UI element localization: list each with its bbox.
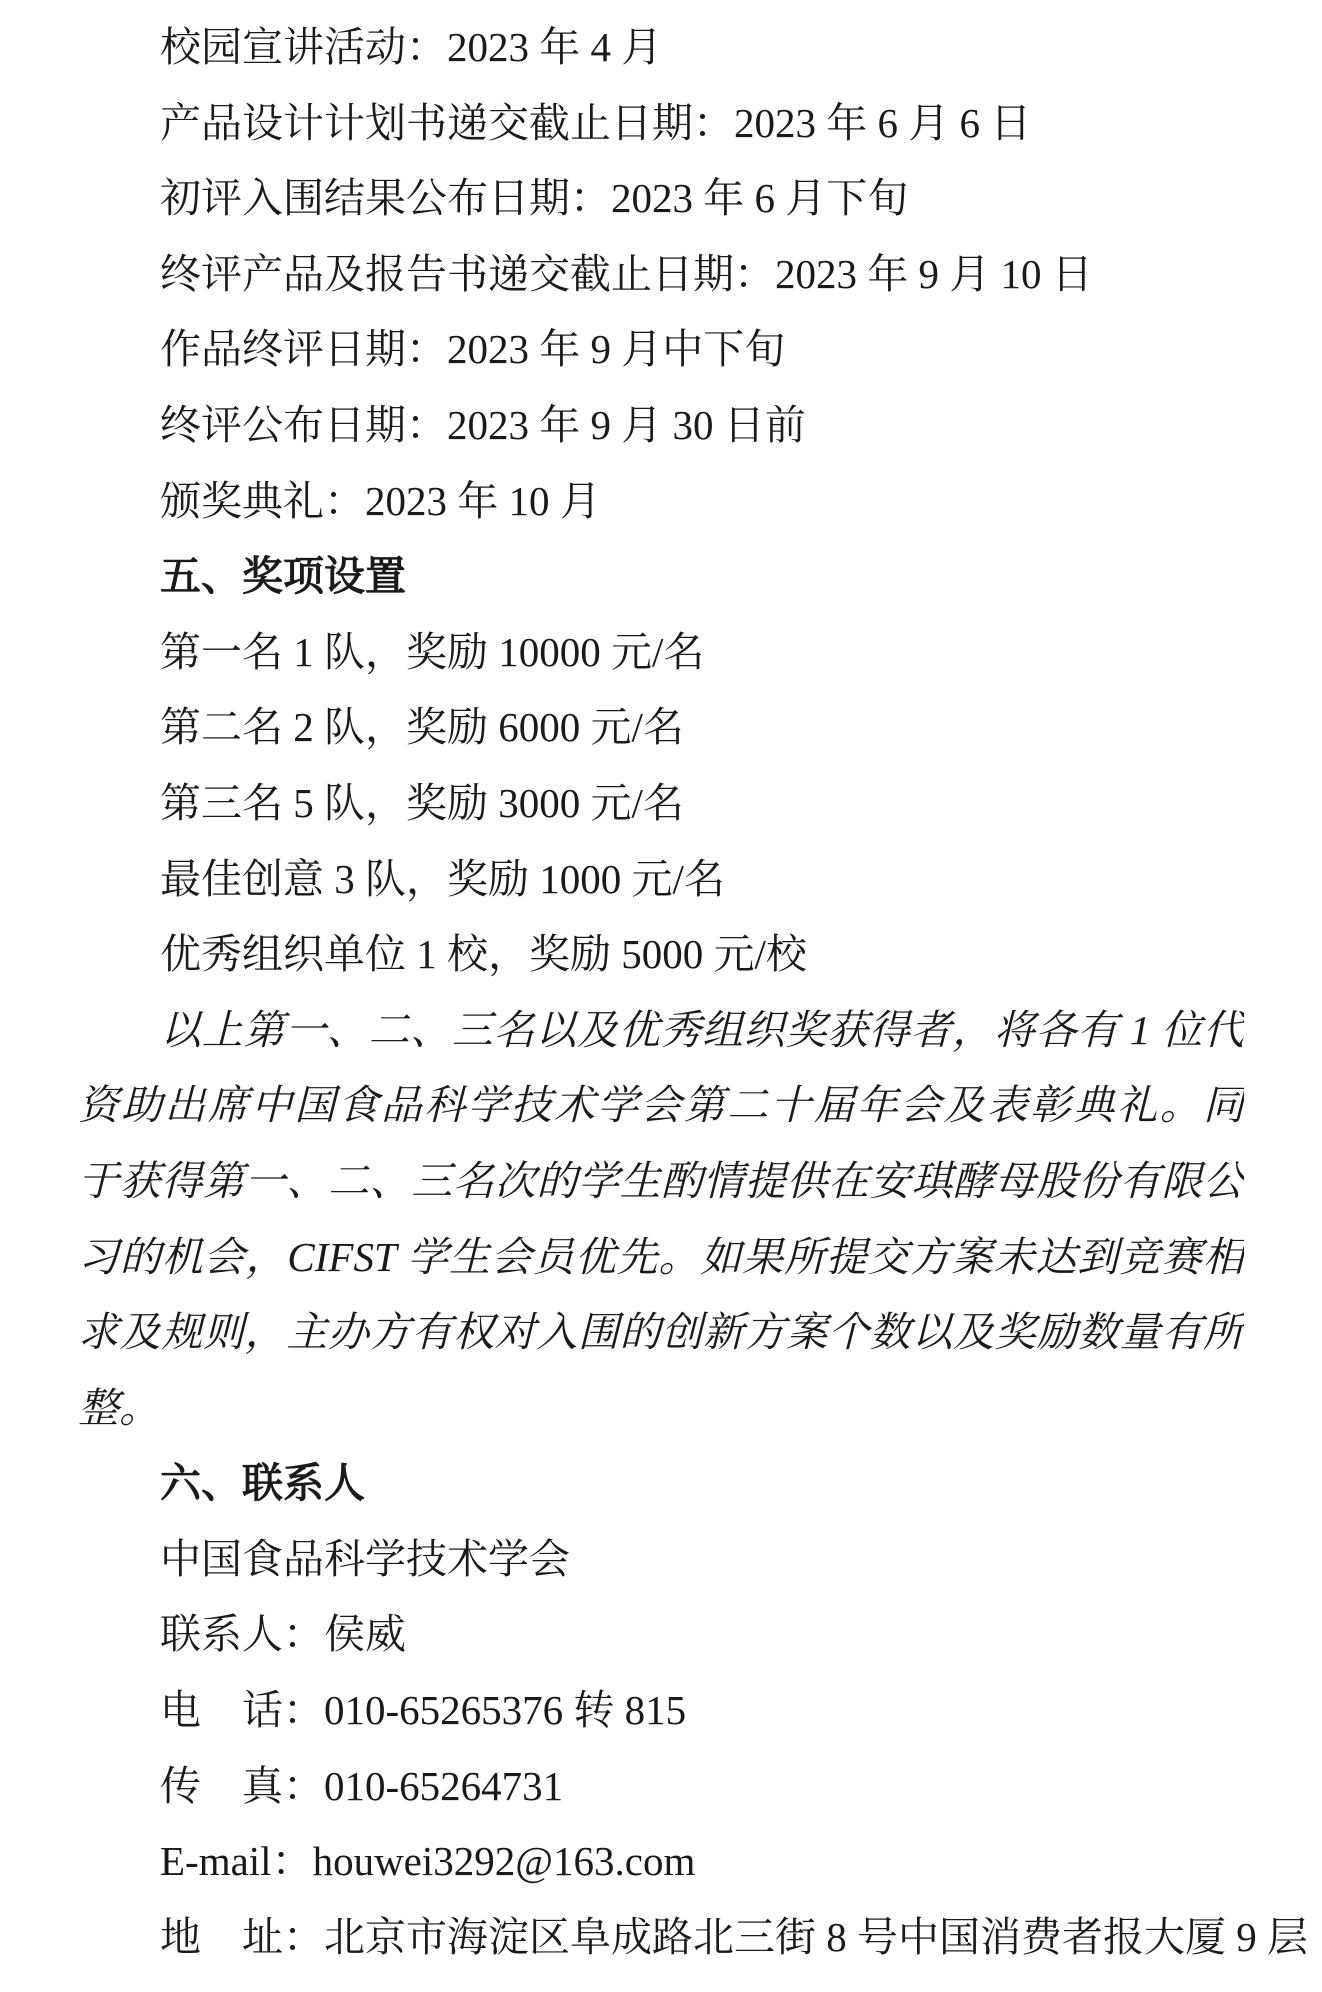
award-note-paragraph-line: 求及规则，主办方有权对入围的创新方案个数以及奖励数量有所调 <box>78 1295 1244 1371</box>
schedule-line-campus-tour: 校园宣讲活动：2023 年 4 月 <box>78 10 1244 86</box>
schedule-line-award-ceremony: 颁奖典礼：2023 年 10 月 <box>78 464 1244 540</box>
award-note-paragraph-line: 习的机会，CIFST 学生会员优先。如果所提交方案未达到竞赛相关要 <box>78 1220 1244 1296</box>
schedule-line-preliminary-results: 初评入围结果公布日期：2023 年 6 月下旬 <box>78 161 1244 237</box>
contact-email: E-mail：houwei3292@163.com <box>78 1824 1244 1900</box>
section-heading-contact: 六、联系人 <box>78 1446 1244 1522</box>
contact-fax: 传 真：010-65264731 <box>78 1749 1244 1825</box>
award-line-second-prize: 第二名 2 队，奖励 6000 元/名 <box>78 690 1244 766</box>
award-line-first-prize: 第一名 1 队，奖励 10000 元/名 <box>78 615 1244 691</box>
award-line-best-organization: 优秀组织单位 1 校，奖励 5000 元/校 <box>78 917 1244 993</box>
award-note-paragraph-line: 资助出席中国食品科学技术学会第二十届年会及表彰典礼。同时，对 <box>78 1068 1244 1144</box>
award-note-paragraph-line: 整。 <box>78 1371 1244 1447</box>
section-heading-awards: 五、奖项设置 <box>78 539 1244 615</box>
award-note-paragraph-line: 以上第一、二、三名以及优秀组织奖获得者，将各有 1 位代表获 <box>78 993 1244 1069</box>
award-note-paragraph-line: 于获得第一、二、三名次的学生酌情提供在安琪酵母股份有限公司实 <box>78 1144 1244 1220</box>
contact-phone: 电 话：010-65265376 转 815 <box>78 1673 1244 1749</box>
schedule-line-final-announcement: 终评公布日期：2023 年 9 月 30 日前 <box>78 388 1244 464</box>
schedule-line-plan-deadline: 产品设计计划书递交截止日期：2023 年 6 月 6 日 <box>78 86 1244 162</box>
schedule-line-final-submission: 终评产品及报告书递交截止日期：2023 年 9 月 10 日 <box>78 237 1244 313</box>
contact-organization: 中国食品科学技术学会 <box>78 1522 1244 1598</box>
document-page: 校园宣讲活动：2023 年 4 月 产品设计计划书递交截止日期：2023 年 6… <box>0 0 1322 1992</box>
contact-person: 联系人：侯威 <box>78 1597 1244 1673</box>
schedule-line-final-review: 作品终评日期：2023 年 9 月中下旬 <box>78 312 1244 388</box>
award-line-best-creativity: 最佳创意 3 队，奖励 1000 元/名 <box>78 842 1244 918</box>
contact-address: 地 址：北京市海淀区阜成路北三街 8 号中国消费者报大厦 9 层 <box>78 1900 1244 1976</box>
award-line-third-prize: 第三名 5 队，奖励 3000 元/名 <box>78 766 1244 842</box>
